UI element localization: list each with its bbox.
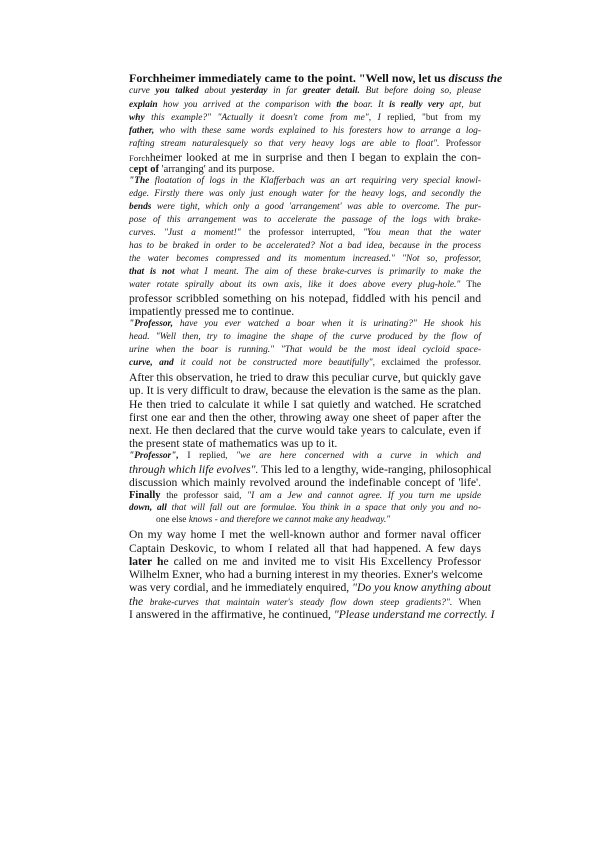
text-span: is really very — [389, 100, 444, 110]
text-span: replied, "but from my — [381, 113, 481, 123]
text-span: head. "Well then, try to imagine the sha… — [129, 332, 481, 342]
text-span: the — [129, 595, 143, 608]
text-line: has to be braked in order to be accelera… — [129, 242, 481, 251]
text-span: "Professor, — [129, 319, 173, 329]
text-span: have you ever watched a boar when it is … — [173, 319, 481, 329]
text-span: After this observation, he tried to draw… — [129, 371, 481, 384]
text-line: that is not what I meant. The aim of the… — [129, 268, 481, 277]
text-span: "You mean that the water — [363, 228, 481, 238]
text-line: "Professor", I replied, "we are here con… — [129, 452, 481, 461]
text-line: rafting stream naturalesquely so that ve… — [129, 140, 481, 149]
text-span: exclaimed the professor. — [375, 358, 481, 368]
text-line: Wilhelm Exner, who had a burning interes… — [129, 569, 481, 581]
text-span: He then tried to calculate it while I sa… — [129, 398, 481, 411]
text-line: After this observation, he tried to draw… — [129, 372, 481, 384]
text-span: the professor interrupted, — [241, 228, 363, 238]
text-line: Forchheimer immediately came to the poin… — [129, 72, 481, 84]
text-span: Finally — [129, 490, 161, 501]
text-span: "we are here concerned with a curve in w… — [236, 451, 481, 461]
text-span: that is not — [129, 267, 175, 277]
text-span: curve — [129, 86, 156, 96]
text-span: brake-curves that maintain water's stead… — [143, 598, 452, 608]
text-line: the present state of mathematics was up … — [129, 438, 481, 450]
text-span: has to be braked in order to be accelera… — [129, 241, 481, 251]
text-span: curves. "Just a moment!" — [129, 228, 241, 238]
text-line: impatiently pressed me to continue. — [129, 306, 481, 318]
text-span: The — [460, 280, 481, 290]
text-span: rafting stream naturalesquely so that ve… — [129, 139, 446, 149]
document-page: Forchheimer immediately came to the poin… — [0, 0, 595, 842]
text-span: "Professor", — [129, 451, 179, 461]
text-span: pose of this arrangement was to accelera… — [129, 215, 481, 225]
text-span: greater detail. — [303, 86, 360, 96]
text-span: curve, and — [129, 358, 174, 368]
text-span: discuss the — [449, 71, 503, 85]
text-line: "Professor, have you ever watched a boar… — [129, 320, 481, 329]
text-line: down, all that will fall out are formula… — [129, 504, 481, 513]
text-line: Forchheimer looked at me in surprise and… — [129, 152, 481, 164]
text-line: curve, and it could not be constructed m… — [129, 359, 481, 368]
text-span: heimer looked at me in surprise and then… — [150, 151, 481, 164]
text-line: the brake-curves that maintain water's s… — [129, 596, 481, 608]
text-span: the present state of mathematics was up … — [129, 437, 337, 450]
text-span: ept of — [134, 164, 162, 175]
text-span: in far — [267, 86, 302, 96]
text-span: bends — [129, 202, 151, 212]
text-line: one else knows - and therefore we cannot… — [156, 516, 390, 525]
text-span: later h — [129, 555, 163, 568]
text-span: the water becomes compressed and its mom… — [129, 254, 481, 264]
text-span: "I am a Jew and cannot agree. If you tur… — [247, 491, 481, 501]
text-span: water rotate spirally about its own axis… — [129, 280, 460, 290]
text-line: discussion which mainly revolved around … — [129, 477, 481, 489]
text-span: apt, but — [444, 100, 481, 110]
text-span: discussion which mainly revolved around … — [129, 476, 481, 489]
text-span: one else — [156, 515, 189, 525]
text-line: He then tried to calculate it while I sa… — [129, 399, 481, 411]
text-span: boar. It — [348, 100, 389, 110]
text-line: next. He then declared that the curve wo… — [129, 425, 481, 437]
text-span: I answered in the affirmative, he contin… — [129, 608, 334, 621]
text-line: Finally the professor said, "I am a Jew … — [129, 491, 481, 502]
text-span: that will fall out are formulae. You thi… — [167, 503, 481, 513]
text-span: how you arrived at the comparison with — [158, 100, 337, 110]
text-span: Professor — [446, 139, 481, 149]
text-line: professor scribbled something on his not… — [129, 293, 481, 305]
text-span: Forch — [129, 153, 150, 163]
text-line: urine when the boar is running." "That w… — [129, 346, 481, 355]
text-span: the professor said, — [161, 491, 248, 501]
text-line: why this example?" "Actually it doesn't … — [129, 114, 481, 123]
text-span: up. It is very difficult to draw, becaus… — [129, 384, 481, 397]
text-span: was very cordial, and he immediately enq… — [129, 581, 352, 594]
text-line: curve you talked about yesterday in far … — [129, 87, 481, 96]
text-span: knows - and therefore we cannot make any… — [189, 515, 390, 525]
text-span: what I meant. The aim of these brake-cur… — [175, 267, 481, 277]
text-line: curves. "Just a moment!" the professor i… — [129, 229, 481, 238]
text-line: was very cordial, and he immediately enq… — [129, 582, 481, 594]
text-span: professor scribbled something on his not… — [129, 292, 481, 305]
text-span: But before doing so, please — [360, 86, 481, 96]
text-span: through which life evolves". — [129, 463, 258, 476]
text-span: why — [129, 113, 145, 123]
text-span: impatiently pressed me to continue. — [129, 305, 294, 318]
text-span: down, all — [129, 503, 167, 513]
text-span: 'arranging' and its purpose. — [162, 164, 275, 175]
text-span: this example?" "Actually it doesn't come… — [145, 113, 378, 123]
text-line: On my way home I met the well-known auth… — [129, 529, 481, 541]
text-span: you talked — [156, 86, 199, 96]
text-line: explain how you arrived at the compariso… — [129, 101, 481, 110]
text-span: were tight, which only a good 'arrangeme… — [151, 202, 481, 212]
text-line: first one ear and then the other, throwi… — [129, 412, 481, 424]
text-span: the — [336, 100, 348, 110]
text-span: explain — [129, 100, 158, 110]
text-span: This led to a lengthy, wide-ranging, phi… — [258, 463, 491, 476]
text-span: Wilhelm Exner, who had a burning interes… — [129, 568, 483, 581]
text-line: up. It is very difficult to draw, becaus… — [129, 385, 481, 397]
text-line: the water becomes compressed and its mom… — [129, 255, 481, 264]
text-span: yesterday — [232, 86, 268, 96]
text-span: "The — [129, 176, 149, 186]
text-line: pose of this arrangement was to accelera… — [129, 216, 481, 225]
text-line: "The floatation of logs in the Klafferba… — [129, 177, 481, 186]
text-span: edge. Firstly there was only just enough… — [129, 189, 481, 199]
text-span: Captain Deskovic, to whom I related all … — [129, 542, 481, 555]
text-span: I replied, — [179, 451, 236, 461]
text-span: about — [199, 86, 232, 96]
text-span: Forchheimer immediately came to the poin… — [129, 71, 449, 85]
text-span: When — [452, 598, 481, 608]
text-line: edge. Firstly there was only just enough… — [129, 190, 481, 199]
text-span: who with these same words explained to h… — [154, 126, 481, 136]
text-span: floatation of logs in the Klafferbach wa… — [149, 176, 481, 186]
text-span: urine when the boar is running." "That w… — [129, 345, 481, 355]
text-span: e called on me and invited me to visit H… — [163, 555, 481, 568]
text-span: father, — [129, 126, 154, 136]
text-span: "Please understand me correctly. I — [334, 608, 495, 621]
text-line: cept of 'arranging' and its purpose. — [129, 165, 481, 176]
text-span: On my way home I met the well-known auth… — [129, 528, 481, 541]
text-span: it could not be constructed more beautif… — [174, 358, 375, 368]
text-line: I answered in the affirmative, he contin… — [129, 609, 481, 621]
text-line: Captain Deskovic, to whom I related all … — [129, 543, 481, 555]
text-line: bends were tight, which only a good 'arr… — [129, 203, 481, 212]
text-span: "Do you know anything about — [352, 581, 491, 594]
text-line: water rotate spirally about its own axis… — [129, 281, 481, 290]
text-span: first one ear and then the other, throwi… — [129, 411, 481, 424]
text-line: head. "Well then, try to imagine the sha… — [129, 333, 481, 342]
text-line: father, who with these same words explai… — [129, 127, 481, 136]
text-line: later he called on me and invited me to … — [129, 556, 481, 568]
text-line: through which life evolves". This led to… — [129, 464, 481, 476]
text-span: next. He then declared that the curve wo… — [129, 424, 481, 437]
